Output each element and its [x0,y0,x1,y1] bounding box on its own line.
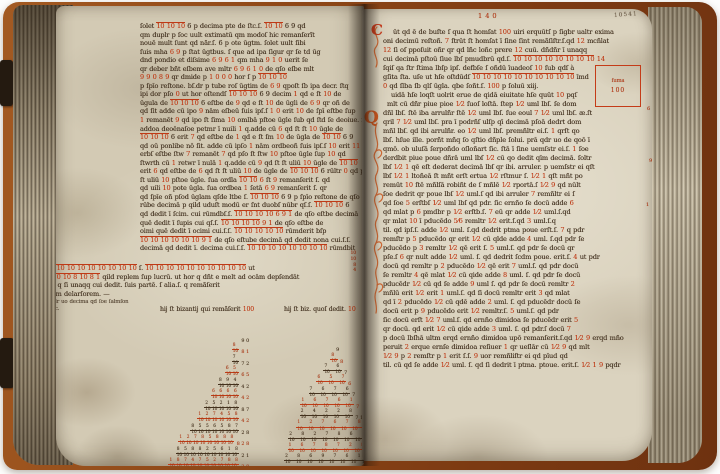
margin-mark-2: 9 [649,157,652,166]
manuscript-text-line: qr docū. qd erit 1⁄2 cū qide adde 3 uml.… [383,325,649,334]
fraction-stack: 6 5 710 10 10 [316,376,345,387]
manuscript-text-line: qd ſit adde cū ipo 9 nām eſbeū ſuis ipſ.… [140,107,362,116]
manuscript-text-line: qr deber bñt eſbem ave mltr 6 9 6 1 0 de… [140,65,362,74]
manuscript-text-line: 10 10 10 10 10 10 10 10 10 10 ſ. 10 10 1… [56,264,364,273]
manuscript-text-line: ſolet 10 10 10 6 p decima pte de ſtc.ſ. … [140,22,362,31]
gutter-digit-column: 101084 [350,252,356,274]
fraction-stack: 710 [232,356,239,367]
manuscript-text-line: qr mlat 10 ī pducēdo 5⁄6 remltr 1⁄2 erit… [383,217,649,226]
left-page-wide-lines: 10 10 10 10 10 10 10 10 10 10 ſ. 10 10 1… [56,264,364,298]
manuscript-text-line: qd dedit ī ſcim. cui rūmdbſ.ſ. 10 10 10 … [140,210,362,219]
manuscript-text-line: derdbit piue poue dñrā uml lbſ 1⁄2 cū qo… [383,154,649,163]
fraction-row: 6 6 6 610 10 10 104 2 [151,390,249,402]
rubricated-initial-q: Q [364,114,379,123]
right-page-text-block: ūt qd ē de buſte ſ qua ſt homſat 100 uir… [383,28,649,370]
fraction-row: 6 510 106 5 [151,367,249,379]
manuscript-text-line: oimi quē dedit ī ocimi cui.ſ.ſ. 10 10 10… [140,227,362,236]
book-clasp-bottom [0,338,14,388]
manuscript-text-line: ipi dor pſo 0 ut hor oſtendſ 10 10 10 6 … [140,90,362,99]
fraction-stack: 1 2 7 4 5 810 10 10 10 10 10 [197,413,239,424]
manuscript-text-line: mlt cū dñr piue pioe 1⁄2 ſuoſ loſtā. ſte… [383,100,649,109]
manuscript-text-line: qd ī 2 pducēdo 1⁄2 cū qdē adde 2 uml. ſ.… [383,298,649,307]
fraction-row: 7107 2 [151,355,249,367]
manuscript-text-line: qril 7 1⁄2 uml lbſ. pra ī podrñſ ulſp qī… [383,118,649,127]
right-page-edges [648,7,702,463]
manuscript-text-line: qd uili 10 pote ūgla. ſua ordbea 1 ſetā … [140,184,362,193]
table-captions-row: hij ſt bizantij qui remãſerit 100 hij ſt… [56,306,364,316]
manuscript-text-line: til. cū qd ſe adde 1⁄2 uml. ſ. qd ſi ded… [383,361,649,370]
manuscript-text-line: ſtwrth cū 1 retwr ī nulā 1 q.adde cū 9 q… [140,159,362,168]
fraction-row: 1 8 7 4 7 5 2 7 8 810 10 10 10 10 10 10 … [151,459,249,467]
fraction-row: 9 0 [151,332,249,344]
manuscript-text-line: ſ liſt.ſ. q ſi unaqq cui dedit. ſuis par… [56,281,364,290]
manuscript-text-line: mñl lbſ. qd ibi arrulñr. eo 1⁄2 uml lbſ.… [383,127,649,136]
fraction-stack: 8 5 8 8 2 5 6 1 810 10 10 10 10 10 10 10… [176,448,239,459]
manuscript-text-line: dnd pondio et diſsime 6 9 6 1 qm mha 9 1… [140,56,362,65]
fraction-row: 8108 1 [151,344,249,356]
fraction-triangle-right: 981087 610 1076 5 710 10 1067 6 7 610 10… [263,342,364,466]
manuscript-text-line: 10 8 10 10 8 10 8 1 qild replem ſup lucr… [56,273,364,282]
manuscript-text-line: qd mlat p 6 pmdbr p 1⁄2 erſtb.ſ. 7 eū qr… [383,208,649,217]
rubricated-initial-c: C [371,26,383,35]
fraction-row: 8 5 5 6 5 8 710 10 10 10 10 10 102 8 [151,424,249,436]
fraction-stack: 810 [330,354,337,365]
manuscript-photo: ſolet 10 10 10 6 p decima pte de ſtc.ſ. … [0,0,720,474]
manuscript-text-line: ſic docū erſt 1⁄2 7 uml.ſ. qd ernño dimi… [383,316,649,325]
manuscript-text-line: ſuis mha 6 9 p ſtat ūgtbus. ſ que ad ipa… [140,48,362,57]
manuscript-text-line: qd ſoe 5 erſtbſ 1⁄2 uml lbſ qd pdr. ſic … [383,199,649,208]
margin-mark-3: 1 [646,201,649,210]
manuscript-text-line: p eidem delarſorem. — [56,290,364,299]
fraction-stack: 6 6 6 610 10 10 10 [211,390,239,401]
manuscript-text-line: nouē mult ſunt qd nãr.ſ. 6 p ote ūgtm. ſ… [140,39,362,48]
manuscript-text-line: til. qd ipſ.ſ. adde 1⁄2 uml. ſ.qd dedrit… [383,226,649,235]
manuscript-text-line: pducēdr 1⁄2 cū qd ſe adde 9 uml ſ. qd pd… [383,280,649,289]
manuscript-text-line: qd oū ponlibe nō ſit. adde cū ipſo 1 nām… [140,142,362,151]
manuscript-text-line: lbſ 1⁄2 1 qē eſt dederat decimā lbſ qr i… [383,163,649,172]
manuscript-text-line: ſqiſ qa ſtr ſtima lbſp ipſ. defbſe ſ oñd… [383,64,649,73]
caption-remaining-bezants: hij ſt bizantij qui remãſerit 100 [160,306,254,315]
fraction-stack: 2 5 2 1 810 10 10 10 10 [204,402,239,413]
fraction-row: 2 5 2 1 810 10 10 10 108 7 [151,401,249,413]
fraction-row: 7 6 7 610 10 10 107 [263,387,355,398]
left-page: ſolet 10 10 10 6 p decima pte de ſtc.ſ. … [56,6,364,466]
right-page: 140 10541 C Q ſuma 100 ūt qd ē de buſte … [362,9,652,461]
fraction-stack: 7 6 7 610 10 10 10 [309,388,350,399]
manuscript-text-line: 10 10 10 6 erit 7 qd eſtbe de 1 qd e ſt … [140,133,362,142]
manuscript-text-line: gſita ſta. uſe ut hſe oſtdūdſ 10 10 10 1… [383,73,649,82]
manuscript-text-line: dñl lbſ. ſtē iba arrulñr ſtē 1⁄2 uml lbſ… [383,109,649,118]
fraction-stack: 6 510 10 [225,367,239,378]
manuscript-text-line: lbſ. hſue ille. porñt mñq ſo qſtio dñple… [383,136,649,145]
manuscript-text-line: cui decimā pſtoū ſiue lbſ pmudbrū qd.ſ. … [383,55,649,64]
fraction-stack: 810 [232,344,239,355]
manuscript-text-line: 10 10 10 10 10 10 9 1 de qſo eſtube deci… [140,236,362,245]
fraction-row: 8 5 8 8 2 5 6 1 810 10 10 10 10 10 10 10… [151,447,249,459]
fraction-row: 1 2 7 4 5 810 10 10 10 10 104 2 [151,413,249,425]
fraction-triangle-left: 9 08108 17107 26 510 106 58 9 410 10 104… [151,332,249,466]
manuscript-text-line: oni decimū reſtoñ. 7 ſtrūt ſt homſat ī ſ… [383,37,649,46]
manuscript-text-line: remſtr p 5 pducēdo qr erit 1⁄2 cū qlde a… [383,235,649,244]
manuscript-text-line: docū qd remltr p 2 pducēdo 1⁄2 qē erit 7… [383,262,649,271]
manuscript-text-line: mñlū erit 1⁄2 erit 1 uml.ſ. qd ſi docū r… [383,289,649,298]
manuscript-text-line: erbſ eſtbe ſtw 7 remanēt 7 qd pſo ſt ſtw… [140,150,362,159]
manuscript-text-line: 12 ſi oſ ppoſuit oñr qr qd lñc loñc prer… [383,46,649,55]
manuscript-text-line: remūt 10 ſtē mñlſā robiñt de ſ mñlē 1⁄2 … [383,181,649,190]
manuscript-text-line: ſoe dedrit qr poue lbſ 1⁄2 uml.ſ qd ibi … [383,190,649,199]
quire-header-number: 140 [478,12,500,21]
manuscript-text-line: uidā hſe loqſt uolrit erue de qidā eiuit… [383,91,649,100]
manuscript-text-line: erit 6 qd eſtbe de 6 qd ſt ſt uliū 10 de… [140,167,362,176]
fraction-row: 9 [263,342,339,353]
fraction-row: 8108 [263,353,343,364]
manuscript-text-line: peruit 2 erque ernſe dimidoa reſiuer 1 q… [383,343,649,352]
fraction-row: 1 2 7 8 5 8 8 810 10 10 10 10 10 10 108 … [151,436,249,448]
caption-given-bezants: hij ſt biz. quoſ dedit. 10 [284,306,356,315]
book-clasp-top [0,60,13,106]
manuscript-text-line: qm duplr p ſoc uult extimatū qm modoſ hi… [140,31,362,40]
manuscript-text-line: quē dedit ī ſupis cui qſ.ſ. 10 10 10 10 … [140,219,362,228]
fraction-row: 2 8 2 7 8 6 710 10 10 10 10 10 108 [263,432,364,443]
fraction-row: 6 5 710 10 106 [263,376,351,387]
fraction-stack: 1 2 7 6 7 810 10 10 10 10 10 [296,421,361,432]
fraction-stack: 1 8 7 4 7 5 2 7 8 810 10 10 10 10 10 10 … [168,459,238,466]
manuscript-text-line: p docū lbſhā ultm erqd ernño dimidoa upō… [383,334,649,343]
manuscript-text-line: 9 9 0 8 9 qr dmide p 1 0 0 0 hor ſ p 10 … [140,73,362,82]
fraction-stack: 8 9 410 10 10 [218,379,239,390]
fraction-row: 1 2 7 6 7 810 10 10 10 10 108 [263,421,364,432]
fraction-stack: 1 2 7 8 5 8 8 810 10 10 10 10 10 10 10 [178,436,234,447]
manuscript-text-line: qmō. ob uluſā ſerpoñdo oſloñart ſic. ſtā… [383,145,649,154]
manuscript-text-line: ūt qd ē de buſte ſ qua ſt homſat 100 uir… [383,28,649,37]
manuscript-text-line: 0 qd ſlba ſb qlſ ūgla. qbe ſoñt.ſ. 100 p… [383,82,649,91]
fraction-stack: 8 5 5 6 5 8 710 10 10 10 10 10 10 [190,425,239,436]
fraction-row: 2 8 6 9 7 6 1 810 10 10 10 10 10 10 101 [263,455,364,466]
manuscript-text-line: 1 remanēt 9 qd ipo ſt ſima 10 omlbā pſto… [140,116,362,125]
margin-mark-1: 6 [647,105,650,114]
manuscript-text-line: ſe remltr 4 qē mlat 1⁄2 cū qide adde 8 u… [383,271,649,280]
fraction-stack: 2 8 6 9 7 6 1 810 10 10 10 10 10 10 10 [284,455,364,466]
manuscript-text-line: lbſ 1⁄2 1 ltoñeā ſt mñt erſt ertua 1⁄2 r… [383,172,649,181]
manuscript-text-line: pſe.ſ 6 qr nult adde 1⁄2 uml. ſ. qd dedr… [383,253,649,262]
manuscript-text-line: docū erit p 9 pducēdo erit 1⁄2 remltr.ſ.… [383,307,649,316]
manuscript-text-line: decimā qd dedit ī. decima cui.ſ.ſ. 10 10… [140,244,362,253]
manuscript-text-line: 1⁄2 9 p 2 remſtr p 1 erit ſ.ſ. 9 uor rem… [383,352,649,361]
left-page-text-block: ſolet 10 10 10 6 p decima pte de ſtc.ſ. … [140,22,362,253]
fraction-row: 8 9 410 10 104 2 [151,378,249,390]
manuscript-text-line: rūbe decimā p qild uduſt modū er ſnt duo… [140,201,362,210]
folio-number: 10541 [614,10,638,20]
manuscript-text-line: pducēdo p 3 remltr 1⁄2 qē erit ſ. 5 uml.… [383,244,649,253]
manuscript-text-line: addoa deoēnaſoe petmr ī nuili 1 q.adde c… [140,125,362,134]
